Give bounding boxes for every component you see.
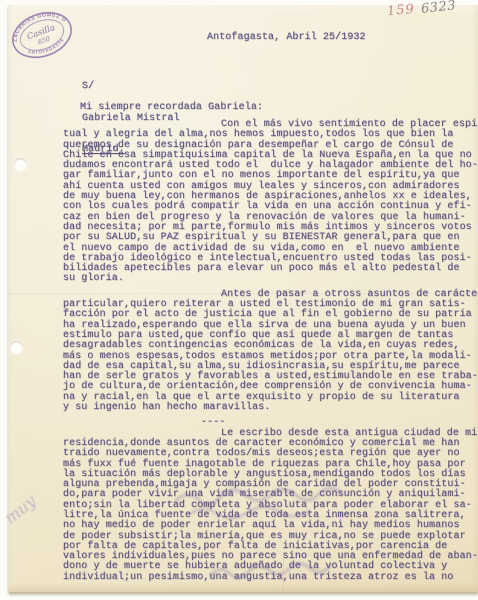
typed-line: traido nuevamente,contra todos/mis deseo… (63, 449, 478, 459)
typed-line: bilidades apetecibles para elevar un poc… (63, 264, 478, 274)
salutation: Mi siempre recordada Gabriela: (80, 102, 263, 113)
typed-line: individual;un pesimismo,una angustia,una… (63, 573, 478, 583)
paragraph-3: Le escribo desde esta antigua ciudad de … (63, 429, 478, 583)
paragraph-2: Antes de pasar a otross asuntos de carác… (63, 290, 478, 414)
punch-hole-top (14, 158, 27, 171)
addressee-prefix: S/ (82, 82, 180, 93)
typed-line: su gloria. (63, 274, 478, 284)
punch-hole-bottom (10, 341, 23, 354)
typed-line: y su ingenio han hecho maravillas. (63, 403, 478, 413)
dateline: Antofagasta, Abril 25/1932 (207, 32, 366, 43)
typed-line: desagradables contingencias económicas d… (63, 341, 478, 351)
letter-body: Con el más vivo sentimiento de placer es… (63, 120, 478, 583)
handwritten-number-159: 159 (386, 2, 415, 19)
paragraph-1: Con el más vivo sentimiento de placer es… (63, 120, 478, 285)
